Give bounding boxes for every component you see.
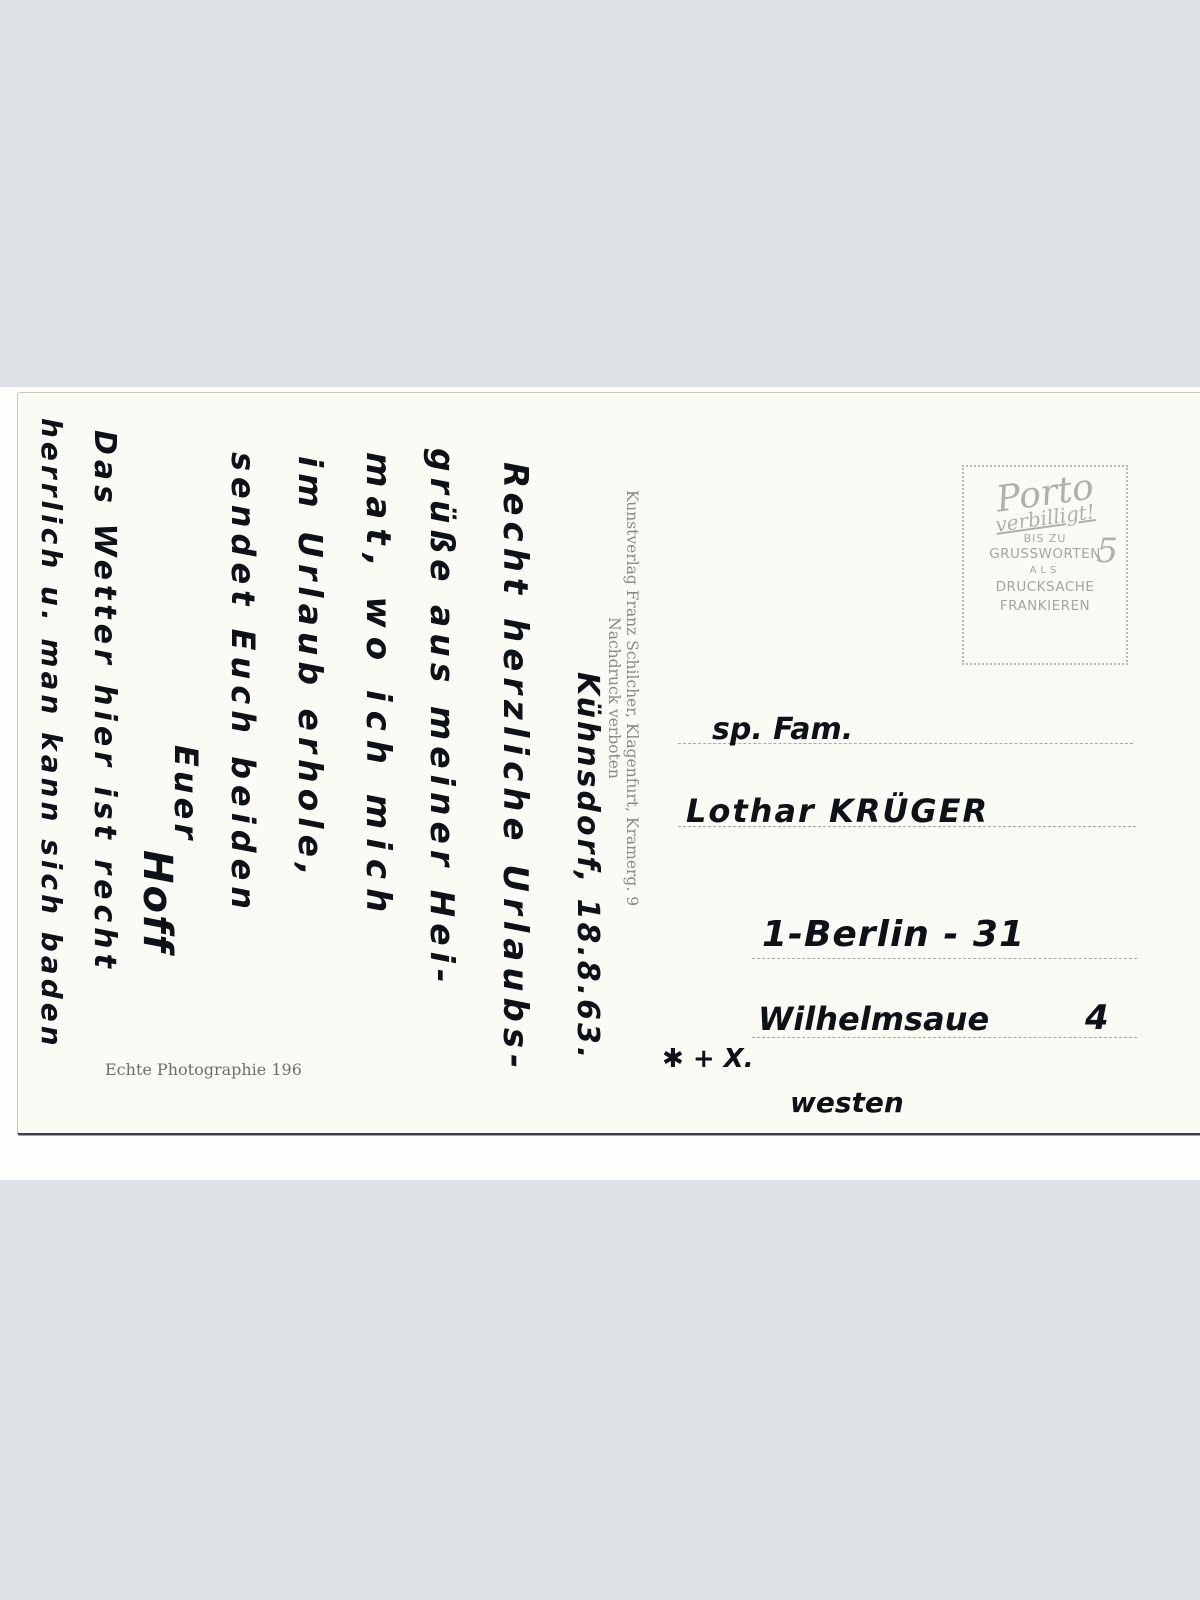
message-line-5: sendet Euch beiden bbox=[224, 452, 262, 915]
address-line-4-number: 4 bbox=[1085, 998, 1109, 1038]
message-signature: Hoff bbox=[134, 850, 180, 954]
stamp-number: 5 bbox=[1096, 531, 1118, 571]
address-line-3: 1-Berlin - 31 bbox=[762, 914, 1025, 955]
message-line-6: Euer bbox=[167, 745, 205, 843]
message-line-3: mat, wo ich mich bbox=[358, 452, 398, 921]
publisher-imprint: Kunstverlag Franz Schilcher, Klagenfurt,… bbox=[605, 490, 641, 906]
address-line-3-rule bbox=[752, 958, 1137, 959]
message-line-7: Das Wetter hier ist recht bbox=[87, 430, 122, 973]
marginal-note: ✱ + X. bbox=[662, 1044, 754, 1074]
stamp-box: Porto verbilligt! BIS ZU 5 GRUSSWORTEN A… bbox=[962, 465, 1128, 665]
photo-label: Echte Photographie 196 bbox=[105, 1060, 302, 1079]
address-line-2: Lothar KRÜGER bbox=[686, 792, 989, 830]
address-line-1: sp. Fam. bbox=[712, 712, 853, 747]
message-line-1: Recht herzliche Urlaubs- bbox=[495, 462, 535, 1074]
message-line-8: herrlich u. man kann sich baden bbox=[35, 418, 68, 1050]
address-line-4-street: Wilhelmsaue bbox=[758, 1000, 989, 1038]
publisher-line-1: Kunstverlag Franz Schilcher, Klagenfurt,… bbox=[623, 490, 641, 906]
stamp-line-3: DRUCKSACHE bbox=[964, 578, 1126, 597]
address-line-5: westen bbox=[790, 1086, 904, 1119]
publisher-line-2: Nachdruck verboten bbox=[605, 490, 623, 906]
message-line-2: grüße aus meiner Hei- bbox=[423, 448, 462, 989]
stamp-line-4: FRANKIEREN bbox=[964, 597, 1126, 616]
message-date-line: Kühnsdorf, 18.8.63. bbox=[570, 672, 605, 1061]
message-line-4: im Urlaub erhole, bbox=[291, 456, 330, 882]
